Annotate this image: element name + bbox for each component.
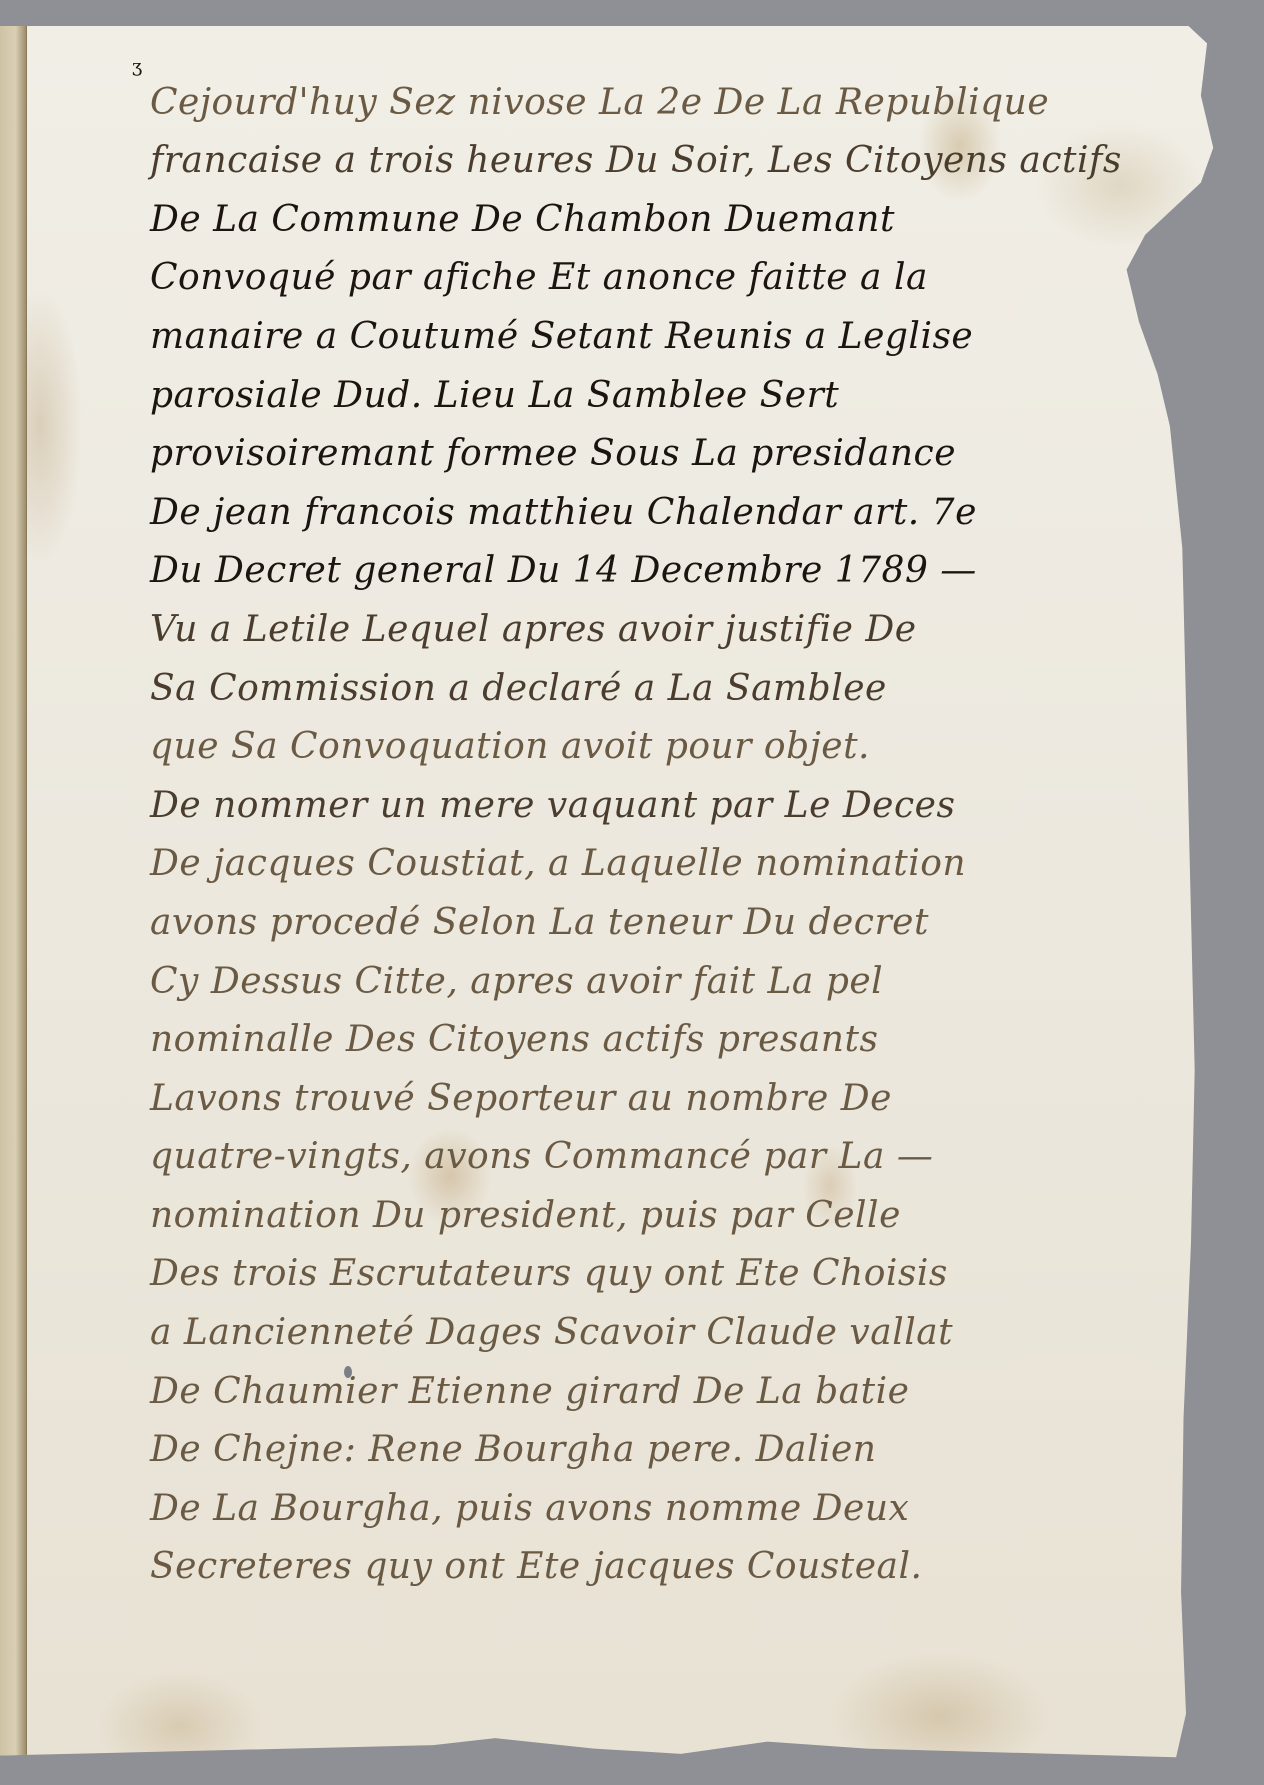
text-line: De jacques Coustiat, a Laquelle nominati… xyxy=(150,826,1230,885)
text-line: manaire a Coutumé Setant Reunis a Leglis… xyxy=(150,298,1230,357)
text-line: a Lancienneté Dages Scavoir Claude valla… xyxy=(150,1294,1230,1353)
text-line: De Chejne: Rene Bourgha pere. Dalien xyxy=(150,1412,1230,1471)
text-line: Lavons trouvé Seporteur au nombre De xyxy=(150,1060,1230,1119)
text-line: quatre-vingts, avons Commancé par La — xyxy=(150,1119,1230,1178)
text-line: De Chaumier Etienne girard De La batie xyxy=(150,1353,1230,1412)
text-line: Convoqué par afiche Et anonce faitte a l… xyxy=(150,240,1230,299)
text-line: De La Commune De Chambon Duemant xyxy=(150,181,1230,240)
text-line: De nommer un mere vaquant par Le Deces xyxy=(150,767,1230,826)
text-line: Secreteres quy ont Ete jacques Cousteal. xyxy=(150,1529,1230,1588)
text-line: parosiale Dud. Lieu La Samblee Sert xyxy=(150,357,1230,416)
text-line: Cy Dessus Citte, apres avoir fait La pel xyxy=(150,943,1230,1002)
text-line: nominalle Des Citoyens actifs presants xyxy=(150,1002,1230,1061)
text-line: De jean francois matthieu Chalendar art.… xyxy=(150,474,1230,533)
text-line: que Sa Convoquation avoit pour objet. xyxy=(150,709,1230,768)
handwritten-text: Cejourd'huy Sez nivose La 2e De La Repub… xyxy=(150,64,1230,1587)
text-line: Vu a Letile Lequel apres avoir justifie … xyxy=(150,591,1230,650)
manuscript-page: ʒ Cejourd'huy Sez nivose La 2e De La Rep… xyxy=(0,26,1238,1766)
text-line: Sa Commission a declaré a La Samblee xyxy=(150,650,1230,709)
text-line: provisoiremant formee Sous La presidance xyxy=(150,416,1230,475)
text-line: francaise a trois heures Du Soir, Les Ci… xyxy=(150,123,1230,182)
text-line: nomination Du president, puis par Celle xyxy=(150,1177,1230,1236)
text-line: Des trois Escrutateurs quy ont Ete Chois… xyxy=(150,1236,1230,1295)
text-line: Cejourd'huy Sez nivose La 2e De La Repub… xyxy=(150,64,1230,123)
text-line: avons procedé Selon La teneur Du decret xyxy=(150,884,1230,943)
text-line: De La Bourgha, puis avons nomme Deux xyxy=(150,1470,1230,1529)
corner-ink-mark: ʒ xyxy=(132,56,142,77)
text-line: Du Decret general Du 14 Decembre 1789 — xyxy=(150,533,1230,592)
page-fold-strip xyxy=(0,26,27,1766)
